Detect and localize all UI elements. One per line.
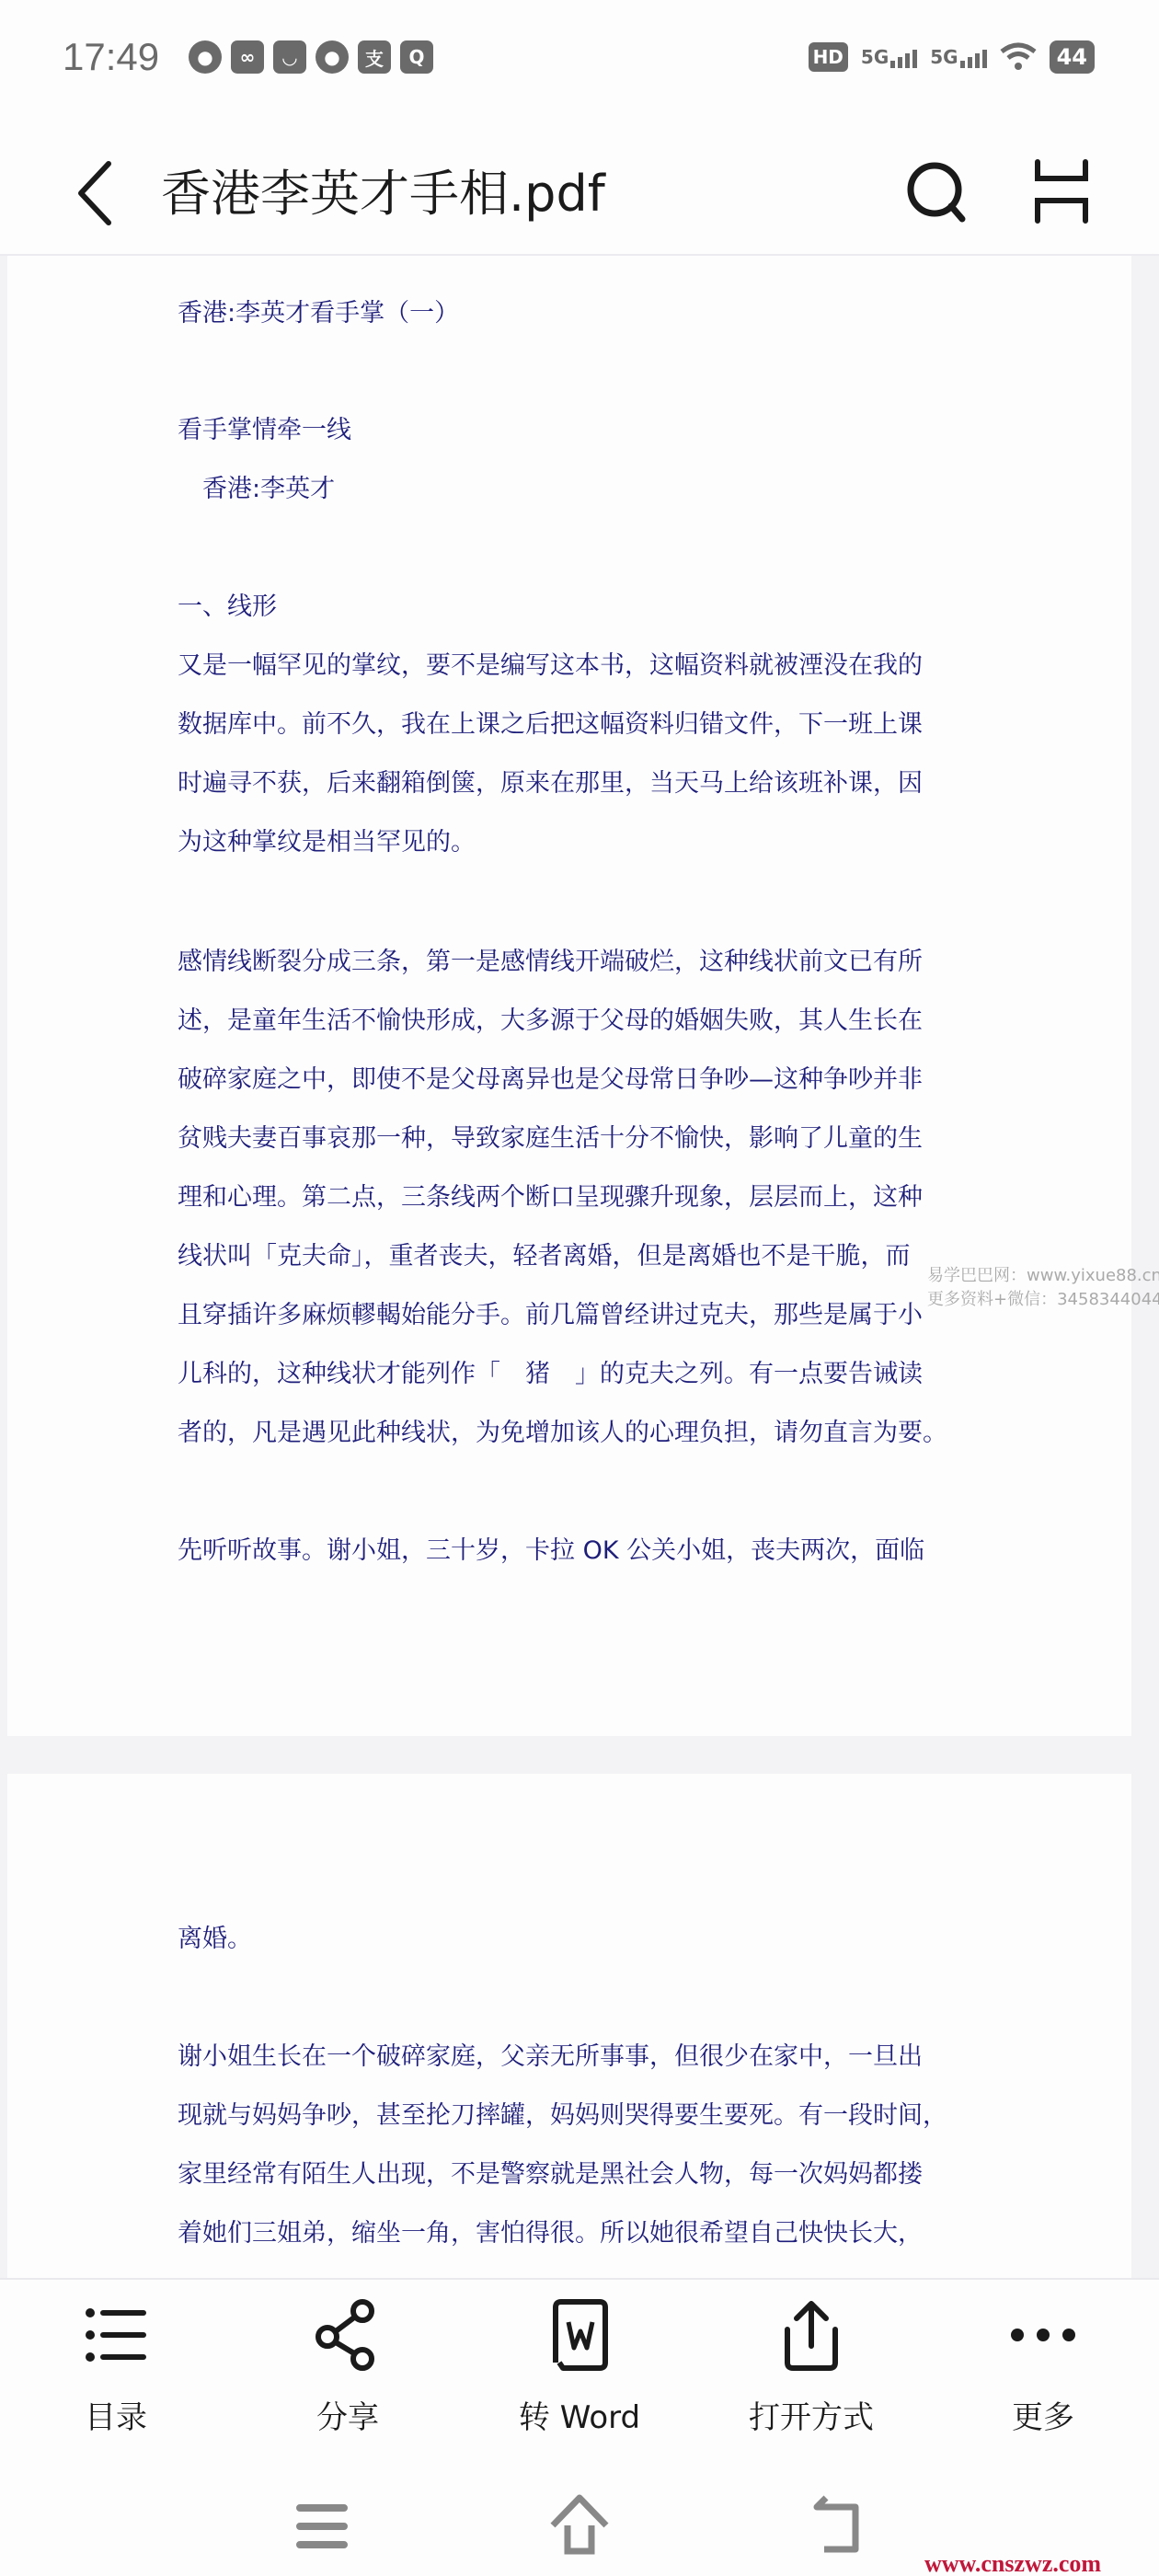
text-line: 离婚。 (178, 1921, 252, 1958)
text-line: 现就与妈妈争吵，甚至抡刀摔罐，妈妈则哭得要生要死。有一段时间， (178, 2098, 947, 2134)
list-icon (79, 2298, 153, 2372)
text-line: 家里经常有陌生人出现，不是警察就是黑社会人物，每一次妈妈都搂 (178, 2156, 923, 2193)
system-back-button[interactable] (800, 2490, 874, 2563)
text-line: 理和心理。第二点，三条线两个断口呈现骤升现象，层层而上，这种 (178, 1179, 923, 1216)
search-button[interactable] (903, 158, 970, 224)
page-mode-icon (1028, 158, 1095, 224)
wifi-icon (1000, 42, 1037, 72)
signal-5g-icon-1: 5G (861, 46, 917, 68)
text-line: 破碎家庭之中，即使不是父母离异也是父母常日争吵—这种争吵并非 (178, 1062, 923, 1098)
text-line: 时遍寻不获，后来翻箱倒箧，原来在那里，当天马上给该班补课，因 (178, 765, 923, 802)
text-line: 着她们三姐弟，缩坐一角，害怕得很。所以她很希望自己快快长大， (178, 2215, 923, 2252)
more-icon (1006, 2298, 1080, 2372)
home-icon (547, 2494, 612, 2559)
back-icon (809, 2494, 865, 2559)
menu-icon (294, 2499, 350, 2554)
word-convert-icon (543, 2298, 616, 2372)
doc-subtitle: 看手掌情牵一线 (178, 412, 351, 449)
text-line: 数据库中。前不久，我在上课之后把这幅资料归错文件，下一班上课 (178, 707, 923, 743)
text-line: 贫贱夫妻百事哀那一种，导致家庭生活十分不愉快，影响了儿童的生 (178, 1121, 923, 1157)
more-label: 更多 (1012, 2392, 1074, 2437)
battery-indicator: 44 (1050, 40, 1095, 74)
hd-icon: HD (809, 42, 848, 72)
status-bar: 17:49 ● ∞ ◡ ● 支 Q HD 5G 5G 44 (0, 0, 1159, 129)
pdf-page-1[interactable]: 香港:李英才看手掌（一） 看手掌情牵一线 香港:李英才 一、线形 又是一幅罕见的… (7, 256, 1131, 1736)
browser-icon: Q (400, 40, 433, 74)
home-button[interactable] (543, 2490, 616, 2563)
app-icon: ◡ (273, 40, 306, 74)
text-line: 先听听故事。谢小姐，三十岁，卡拉 OK 公关小姐，丧夫两次，面临 (178, 1533, 924, 1570)
toc-button[interactable]: 目录 (24, 2280, 208, 2464)
text-line: 且穿插许多麻烦轇輵始能分手。前几篇曾经讲过克夫，那些是属于小 (178, 1297, 923, 1334)
open-with-button[interactable]: 打开方式 (719, 2280, 903, 2464)
text-line: 述，是童年生活不愉快形成，大多源于父母的婚姻失败，其人生长在 (178, 1003, 923, 1040)
signal-5g-icon-2: 5G (930, 46, 986, 68)
chevron-left-icon (70, 156, 125, 230)
toc-label: 目录 (85, 2392, 147, 2437)
site-watermark: www.cnszwz.com (924, 2550, 1101, 2576)
status-time: 17:49 (63, 35, 159, 79)
page-watermark: 易学巴巴网：www.yixue88.cn 更多资料+微信：3458344044 (927, 1264, 1159, 1312)
text-line: 儿科的，这种线状才能列作「 猪 」的克夫之列。有一点要告诫读 (178, 1356, 923, 1393)
share-label: 分享 (316, 2392, 379, 2437)
doc-heading: 香港:李英才看手掌（一） (178, 295, 459, 332)
text-line: 谢小姐生长在一个破碎家庭，父亲无所事事，但很少在家中，一旦出 (178, 2039, 923, 2076)
system-status: HD 5G 5G 44 (809, 40, 1095, 74)
doc-author: 香港:李英才 (178, 471, 335, 508)
baidu-netdisk-icon: ∞ (231, 40, 264, 74)
recent-apps-button[interactable] (285, 2490, 359, 2563)
page-mode-button[interactable] (1028, 158, 1095, 224)
section-heading: 一、线形 (178, 589, 277, 626)
share-button[interactable]: 分享 (256, 2280, 440, 2464)
text-line: 感情线断裂分成三条，第一是感情线开端破烂，这种线状前文已有所 (178, 944, 923, 981)
convert-word-label: 转 Word (519, 2392, 640, 2437)
document-title: 香港李英才手相.pdf (161, 155, 605, 225)
alipay-icon: 支 (358, 40, 391, 74)
text-line: 线状叫「克夫命」，重者丧夫，轻者离婚，但是离婚也不是干脆，而 (178, 1238, 911, 1275)
app-header: 香港李英才手相.pdf (0, 129, 1159, 256)
back-button[interactable] (70, 156, 125, 230)
text-line: 者的，凡是遇见此种线状，为免增加该人的心理负担，请勿直言为要。 (178, 1415, 947, 1452)
text-line: 为这种掌纹是相当罕见的。 (178, 824, 476, 861)
search-icon (903, 158, 970, 224)
text-line: 又是一幅罕见的掌纹，要不是编写这本书，这幅资料就被湮没在我的 (178, 648, 923, 684)
open-with-icon (775, 2298, 848, 2372)
notification-icons: ● ∞ ◡ ● 支 Q (189, 40, 433, 74)
share-icon (311, 2298, 384, 2372)
wechat-icon: ● (189, 40, 222, 74)
bottom-toolbar: 目录 分享 转 Word 打开方式 更多 (0, 2278, 1159, 2464)
open-with-label: 打开方式 (749, 2392, 874, 2437)
message-icon: ● (316, 40, 349, 74)
more-button[interactable]: 更多 (951, 2280, 1135, 2464)
convert-word-button[interactable]: 转 Word (488, 2280, 671, 2464)
pdf-page-2[interactable]: 离婚。 谢小姐生长在一个破碎家庭，父亲无所事事，但很少在家中，一旦出 现就与妈妈… (7, 1774, 1131, 2289)
